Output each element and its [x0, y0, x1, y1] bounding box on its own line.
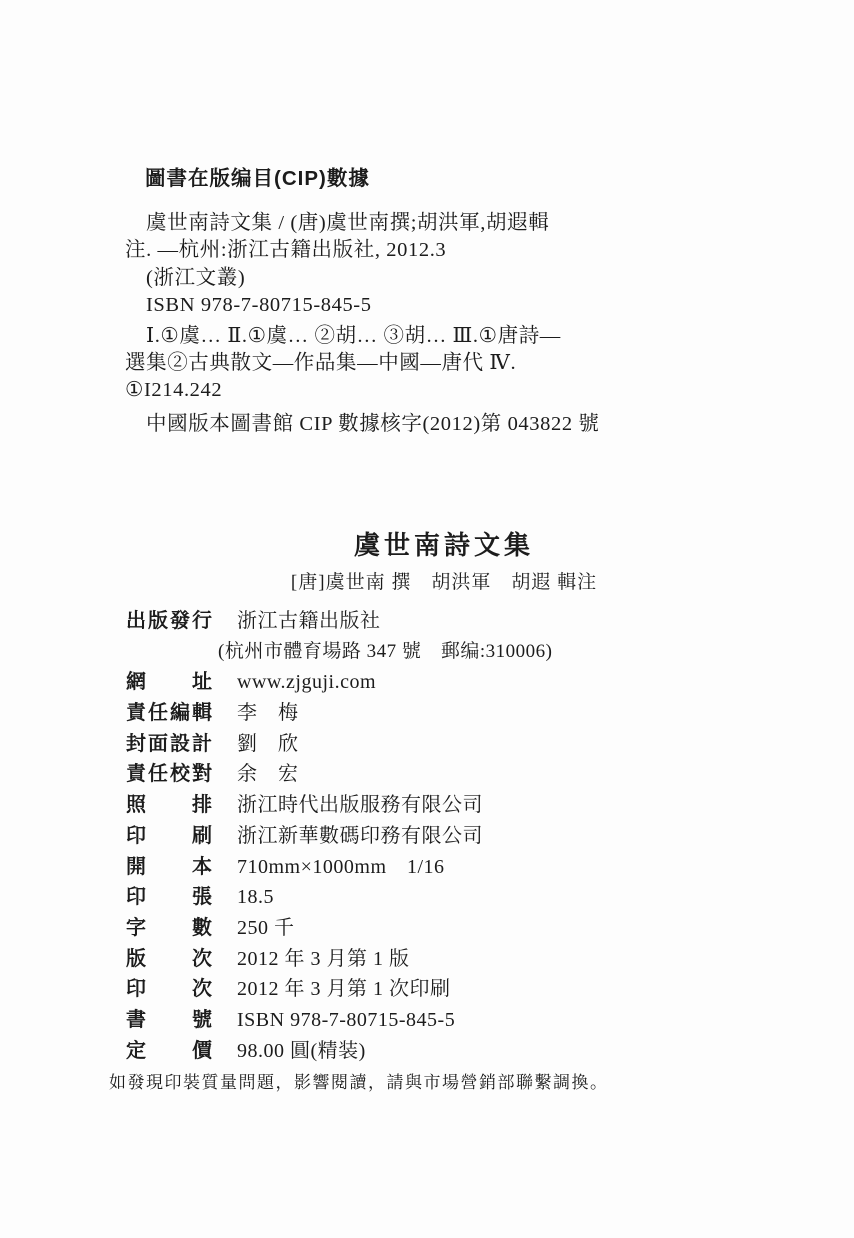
cip-entry-line-4: ISBN 978-7-80715-845-5	[125, 292, 705, 319]
colophon-row-printing: 印 刷浙江新華數碼印務有限公司	[126, 821, 746, 852]
colophon-row-format: 開 本710mm×1000mm 1/16	[126, 852, 746, 883]
colophon-label: 字 數	[126, 913, 220, 944]
colophon-label: 版 次	[126, 944, 220, 975]
colophon-row-typesetting: 照 排浙江時代出版服務有限公司	[126, 790, 746, 821]
colophon-label: 照 排	[126, 790, 220, 821]
colophon-row-sheets: 印 張18.5	[126, 882, 746, 913]
cip-class-line-2: 選集②古典散文—作品集—中國—唐代 Ⅳ.	[125, 350, 705, 377]
colophon-row-isbn: 書 號ISBN 978-7-80715-845-5	[126, 1005, 746, 1036]
colophon-label: 出版發行	[126, 606, 220, 637]
colophon-value: www.zjguji.com	[237, 671, 376, 693]
book-title: 虞世南詩文集	[34, 528, 854, 562]
cip-heading: 圖書在版编目(CIP)數據	[145, 166, 705, 192]
colophon-label: 印 次	[126, 974, 220, 1005]
book-byline: [唐]虞世南 撰 胡洪軍 胡遐 輯注	[34, 570, 854, 596]
colophon-row-editor: 責任編輯李 梅	[126, 698, 746, 729]
colophon-row-cover-design: 封面設計劉 欣	[126, 729, 746, 760]
colophon-value: 2012 年 3 月第 1 次印刷	[237, 978, 451, 1000]
colophon: 出版發行浙江古籍出版社 (杭州市體育場路 347 號 郵编:310006) 網 …	[126, 606, 746, 1066]
colophon-value: 710mm×1000mm 1/16	[237, 856, 445, 878]
colophon-row-publisher-address: (杭州市體育場路 347 號 郵编:310006)	[126, 637, 746, 668]
colophon-label: 印 刷	[126, 821, 220, 852]
colophon-value: 浙江時代出版服務有限公司	[237, 794, 483, 816]
colophon-row-price: 定 價98.00 圓(精装)	[126, 1036, 746, 1067]
cip-class-line-1: Ⅰ.①虞… Ⅱ.①虞… ②胡… ③胡… Ⅲ.①唐詩—	[125, 323, 705, 350]
colophon-value: 劉 欣	[237, 733, 299, 755]
colophon-label: 定 價	[126, 1036, 220, 1067]
colophon-value: 余 宏	[237, 763, 299, 785]
colophon-label: 書 號	[126, 1005, 220, 1036]
publisher-address: (杭州市體育場路 347 號 郵编:310006)	[126, 641, 552, 662]
colophon-row-proofreader: 責任校對余 宏	[126, 759, 746, 790]
colophon-label: 開 本	[126, 852, 220, 883]
colophon-label: 印 張	[126, 882, 220, 913]
colophon-label: 責任編輯	[126, 698, 220, 729]
colophon-value: 浙江新華數碼印務有限公司	[237, 825, 483, 847]
cip-entry-line-1: 虞世南詩文集 / (唐)虞世南撰;胡洪軍,胡遐輯	[125, 210, 705, 237]
cip-classification: Ⅰ.①虞… Ⅱ.①虞… ②胡… ③胡… Ⅲ.①唐詩— 選集②古典散文—作品集—中…	[125, 323, 705, 405]
colophon-value: ISBN 978-7-80715-845-5	[237, 1009, 455, 1031]
cip-record-number: 中國版本圖書館 CIP 數據核字(2012)第 043822 號	[125, 411, 705, 438]
colophon-label: 封面設計	[126, 729, 220, 760]
cip-entry-line-2: 注. —杭州:浙江古籍出版社, 2012.3	[125, 237, 705, 264]
cip-section: 圖書在版编目(CIP)數據 虞世南詩文集 / (唐)虞世南撰;胡洪軍,胡遐輯 注…	[125, 166, 705, 438]
colophon-value: 2012 年 3 月第 1 版	[237, 948, 410, 970]
colophon-row-website: 網 址www.zjguji.com	[126, 667, 746, 698]
colophon-value: 浙江古籍出版社	[237, 610, 381, 632]
colophon-value: 98.00 圓(精装)	[237, 1040, 366, 1062]
cip-class-line-3: ①I214.242	[125, 377, 705, 404]
colophon-value: 李 梅	[237, 702, 299, 724]
colophon-value: 250 千	[237, 917, 295, 939]
cip-entry: 虞世南詩文集 / (唐)虞世南撰;胡洪軍,胡遐輯 注. —杭州:浙江古籍出版社,…	[125, 210, 705, 320]
colophon-label: 網 址	[126, 667, 220, 698]
colophon-row-publisher: 出版發行浙江古籍出版社	[126, 606, 746, 637]
colophon-value: 18.5	[237, 886, 274, 908]
cip-entry-line-3: (浙江文叢)	[125, 265, 705, 292]
colophon-row-wordcount: 字 數250 千	[126, 913, 746, 944]
print-quality-note: 如發現印裝質量問題，影響閱讀，請與市場營銷部聯繫調換。	[109, 1072, 609, 1094]
colophon-label: 責任校對	[126, 759, 220, 790]
title-block: 虞世南詩文集 [唐]虞世南 撰 胡洪軍 胡遐 輯注	[0, 528, 854, 596]
colophon-row-impression: 印 次2012 年 3 月第 1 次印刷	[126, 974, 746, 1005]
book-copyright-page: 圖書在版编目(CIP)數據 虞世南詩文集 / (唐)虞世南撰;胡洪軍,胡遐輯 注…	[0, 0, 854, 1238]
colophon-row-edition: 版 次2012 年 3 月第 1 版	[126, 944, 746, 975]
